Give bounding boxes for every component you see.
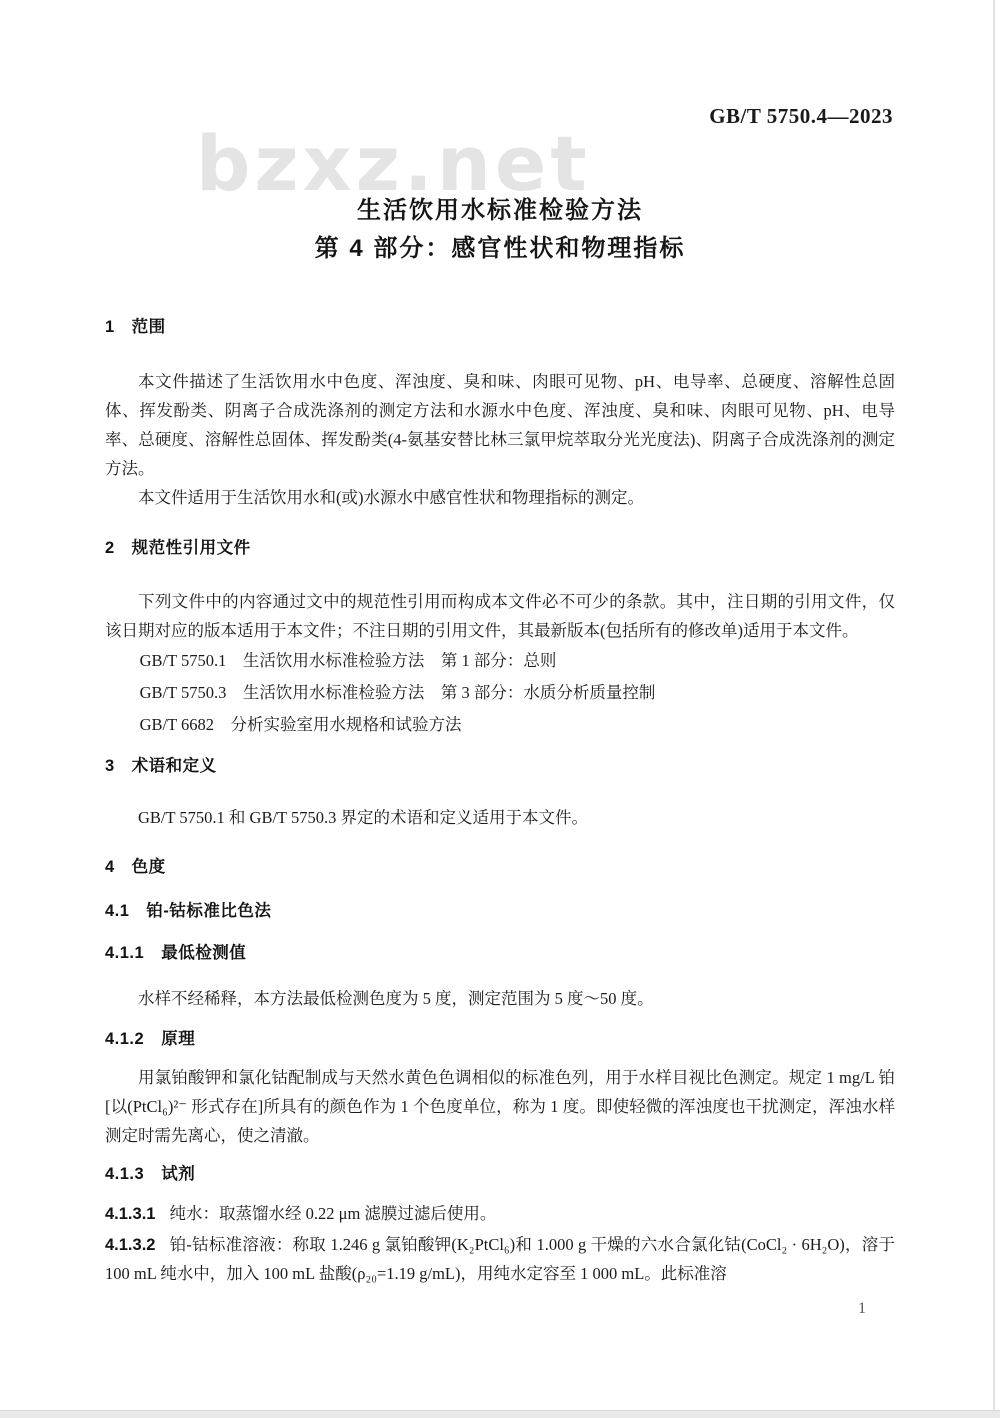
clause-4-1-3-1: 4.1.3.1纯水：取蒸馏水经 0.22 μm 滤膜过滤后使用。	[105, 1199, 895, 1228]
reference-item: GB/T 5750.3 生活饮用水标准检验方法 第 3 部分：水质分析质量控制	[105, 677, 895, 709]
clause-4-1-3-2-text: 铂-钴标准溶液：称取 1.246 g 氯铂酸钾(K₂PtCl₆)和 1.000 …	[105, 1235, 895, 1283]
document-content: 生活饮用水标准检验方法 第 4 部分：感官性状和物理指标 1 范围 本文件描述了…	[0, 0, 1000, 1288]
normative-references-list: GB/T 5750.1 生活饮用水标准检验方法 第 1 部分：总则 GB/T 5…	[105, 645, 895, 741]
clause-4-1-3-1-text: 纯水：取蒸馏水经 0.22 μm 滤膜过滤后使用。	[169, 1204, 496, 1223]
doc-title-block: 生活饮用水标准检验方法 第 4 部分：感官性状和物理指标	[105, 0, 895, 268]
section-1-heading: 1 范围	[105, 316, 895, 338]
section-1-paragraph-1: 本文件描述了生活饮用水中色度、浑浊度、臭和味、肉眼可见物、pH、电导率、总硬度、…	[105, 367, 895, 483]
clause-4-1-3-1-label: 4.1.3.1	[105, 1205, 155, 1223]
section-2-paragraph-1: 下列文件中的内容通过文中的规范性引用而构成本文件必不可少的条款。其中，注日期的引…	[105, 587, 895, 645]
section-4-1-1-paragraph: 水样不经稀释，本方法最低检测色度为 5 度，测定范围为 5 度～50 度。	[105, 984, 895, 1013]
doc-title: 生活饮用水标准检验方法	[105, 192, 895, 230]
section-4-1-2-paragraph: 用氯铂酸钾和氯化钴配制成与天然水黄色色调相似的标准色列，用于水样目视比色测定。规…	[105, 1063, 895, 1150]
clause-4-1-3-2: 4.1.3.2铂-钴标准溶液：称取 1.246 g 氯铂酸钾(K₂PtCl₆)和…	[105, 1230, 895, 1288]
clause-4-1-3-2-label: 4.1.3.2	[105, 1236, 155, 1254]
page-bottom-edge	[0, 1410, 1000, 1418]
reference-item: GB/T 6682 分析实验室用水规格和试验方法	[105, 709, 895, 741]
section-2-heading: 2 规范性引用文件	[105, 537, 895, 559]
document-page: bzxz.net GB/T 5750.4—2023 生活饮用水标准检验方法 第 …	[0, 0, 1000, 1418]
section-3-heading: 3 术语和定义	[105, 755, 895, 777]
page-number: 1	[858, 1300, 866, 1318]
doc-subtitle: 第 4 部分：感官性状和物理指标	[105, 230, 895, 268]
section-4-1-heading: 4.1 铂-钴标准比色法	[105, 900, 895, 922]
section-3-paragraph-1: GB/T 5750.1 和 GB/T 5750.3 界定的术语和定义适用于本文件…	[105, 803, 895, 832]
section-1-paragraph-2: 本文件适用于生活饮用水和(或)水源水中感官性状和物理指标的测定。	[105, 483, 895, 512]
section-4-heading: 4 色度	[105, 856, 895, 878]
section-4-1-2-heading: 4.1.2 原理	[105, 1028, 895, 1050]
doc-code: GB/T 5750.4—2023	[709, 104, 893, 129]
reference-item: GB/T 5750.1 生活饮用水标准检验方法 第 1 部分：总则	[105, 645, 895, 677]
section-4-1-3-heading: 4.1.3 试剂	[105, 1163, 895, 1185]
section-4-1-1-heading: 4.1.1 最低检测值	[105, 942, 895, 964]
